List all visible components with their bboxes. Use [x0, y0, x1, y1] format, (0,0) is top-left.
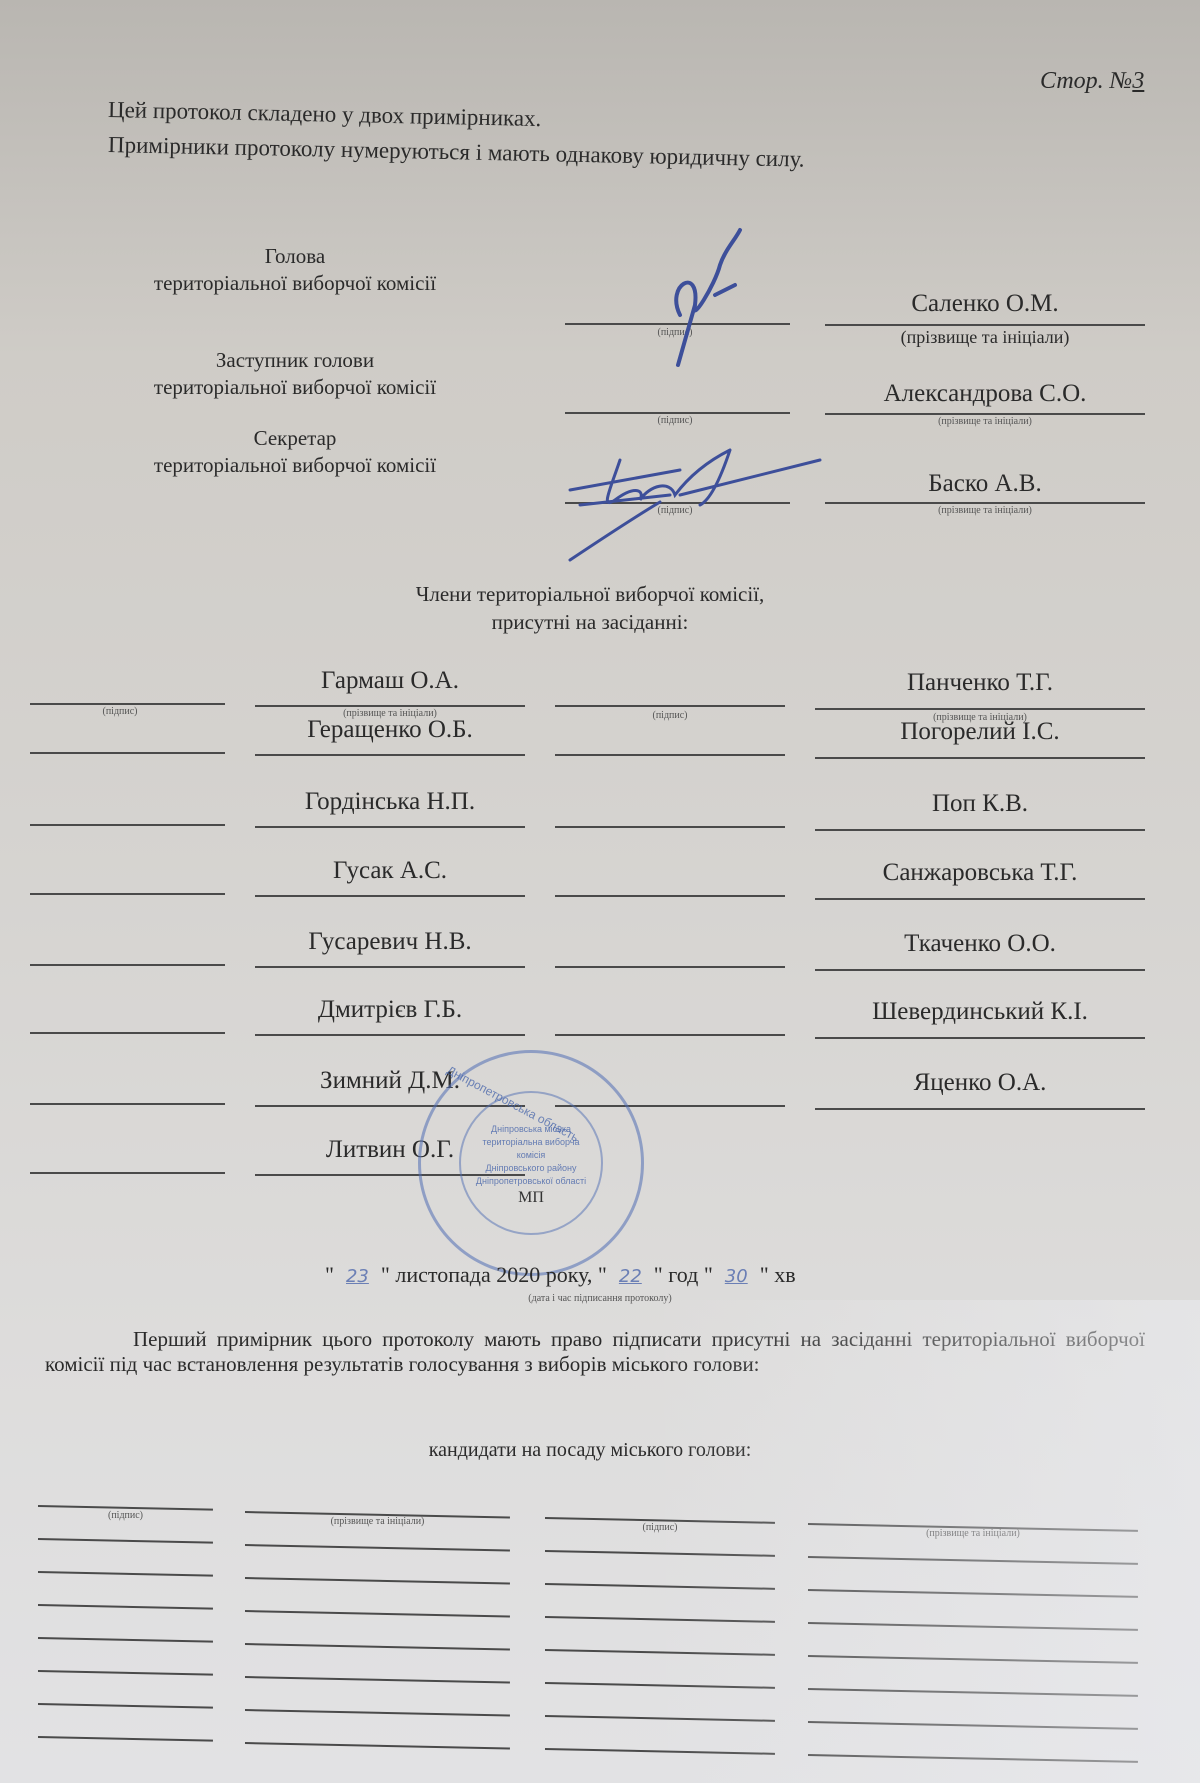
intro-line-2: Примірники протоколу нумеруються і мають…: [108, 132, 805, 173]
candidate-signature-line: [38, 1604, 213, 1610]
members-title: Члени територіальної виборчої комісії, п…: [0, 580, 1180, 636]
candidate-signature-line: [38, 1670, 213, 1676]
member-signature-line: [555, 895, 785, 897]
candidate-name-line: [245, 1676, 510, 1684]
name-caption: (прізвище та ініціали): [825, 416, 1145, 427]
member-name: Ткаченко О.О.: [815, 930, 1145, 958]
candidate-signature-line: [38, 1571, 213, 1577]
members-title-line-1: Члени територіальної виборчої комісії,: [0, 580, 1180, 608]
candidate-signature-line: [545, 1748, 775, 1755]
role-secretary: Секретар територіальної виборчої комісії: [105, 425, 485, 479]
member-name-line: [815, 1108, 1145, 1110]
member-name-line: [255, 754, 525, 756]
members-title-line-2: присутні на засіданні:: [0, 608, 1180, 636]
member-name-line: [255, 1034, 525, 1036]
member-name: Гордінська Н.П.: [255, 788, 525, 816]
member-signature-line: [555, 966, 785, 968]
signing-month-year: листопада 2020 року,: [395, 1262, 592, 1287]
member-name: Погорелий І.С.: [815, 718, 1145, 746]
official-name-chair: Саленко О.М.: [825, 290, 1145, 318]
candidate-name-line: [245, 1577, 510, 1585]
name-caption: (прізвище та ініціали): [825, 327, 1145, 348]
member-signature-line: [30, 1172, 225, 1174]
member-name: Шевердинський К.І.: [815, 998, 1145, 1026]
name-caption: (прізвище та ініціали): [808, 1528, 1138, 1539]
member-signature-line: [30, 893, 225, 895]
signing-day: 23: [334, 1266, 381, 1287]
signature-chair: [660, 225, 770, 375]
role-chair: Голова територіальної виборчої комісії: [105, 243, 485, 297]
role-subtitle: територіальної виборчої комісії: [105, 452, 485, 479]
candidate-name-line: [245, 1544, 510, 1552]
role-title: Голова: [105, 243, 485, 270]
candidate-signature-line: [38, 1703, 213, 1709]
first-copy-text: Перший примірник цього протоколу мають п…: [45, 1327, 1145, 1376]
role-subtitle: територіальної виборчої комісії: [105, 270, 485, 297]
official-name-deputy-chair: Александрова С.О.: [825, 380, 1145, 408]
member-signature-line: [30, 752, 225, 754]
candidate-signature-line: [545, 1550, 775, 1557]
member-name: Дмитрієв Г.Б.: [255, 996, 525, 1024]
member-name-line: [815, 757, 1145, 759]
stamp-inner-circle: Дніпровська міська територіальна виборча…: [459, 1091, 603, 1235]
signature-caption: (підпис): [80, 706, 160, 717]
stamp-line: Дніпровського району: [475, 1162, 587, 1175]
member-name-line: [815, 708, 1145, 710]
member-name: Гусаревич Н.В.: [255, 928, 525, 956]
member-name: Панченко Т.Г.: [815, 669, 1145, 697]
stamp-mp-label: МП: [461, 1189, 601, 1207]
signing-caption: (дата і час підписання протоколу): [420, 1293, 780, 1304]
member-name: Гармаш О.А.: [255, 667, 525, 695]
candidate-name-line: [808, 1589, 1138, 1598]
signing-hour: 22: [607, 1266, 654, 1287]
candidate-signature-line: [545, 1616, 775, 1623]
candidate-signature-line: [38, 1538, 213, 1544]
candidate-name-line: [245, 1610, 510, 1618]
role-title: Секретар: [105, 425, 485, 452]
member-name-line: [815, 829, 1145, 831]
member-signature-line: [555, 754, 785, 756]
candidate-name-line: [808, 1655, 1138, 1664]
candidate-name-line: [245, 1643, 510, 1651]
member-signature-line: [30, 1032, 225, 1034]
member-name-line: [255, 826, 525, 828]
stamp-center-text: Дніпровська міська територіальна виборча…: [475, 1123, 587, 1188]
page-number-prefix: Стор. №: [1040, 68, 1132, 94]
candidate-signature-line: [545, 1682, 775, 1689]
candidate-name-line: [808, 1754, 1138, 1763]
candidates-title: кандидати на посаду міського голови:: [0, 1436, 1180, 1464]
member-name-line: [255, 966, 525, 968]
candidate-signature-line: [38, 1736, 213, 1742]
member-signature-line: [30, 1103, 225, 1105]
hour-label: год: [668, 1262, 698, 1287]
role-title: Заступник голови: [105, 347, 485, 374]
protocol-page: Стор. №3 Цей протокол складено у двох пр…: [0, 0, 1200, 1783]
member-name-line: [815, 898, 1145, 900]
member-name-line: [255, 705, 525, 707]
member-name: Яценко О.А.: [815, 1069, 1145, 1097]
member-signature-line: [555, 826, 785, 828]
stamp-line: Дніпровська міська: [475, 1123, 587, 1136]
member-name-line: [255, 895, 525, 897]
signing-datetime: "23" листопада 2020 року, "22" год "30" …: [325, 1262, 796, 1288]
name-line: [825, 324, 1145, 326]
candidate-signature-line: [545, 1649, 775, 1656]
name-caption: (прізвище та ініціали): [825, 505, 1145, 516]
candidate-name-line: [245, 1742, 510, 1750]
candidate-name-line: [245, 1709, 510, 1717]
candidate-name-line: [808, 1622, 1138, 1631]
member-signature-line: [555, 705, 785, 707]
candidate-signature-line: [545, 1583, 775, 1590]
name-line: [825, 413, 1145, 415]
candidate-signature-line: [38, 1637, 213, 1643]
page-number: Стор. №3: [1040, 68, 1144, 95]
member-signature-line: [555, 1034, 785, 1036]
signature-secretary: [560, 440, 840, 560]
candidate-signature-line: [545, 1715, 775, 1722]
signature-caption: (підпис): [645, 415, 705, 426]
candidate-name-line: [808, 1556, 1138, 1565]
member-signature-line: [30, 824, 225, 826]
role-deputy-chair: Заступник голови територіальної виборчої…: [105, 347, 485, 401]
stamp-line: Дніпропетровської області: [475, 1175, 587, 1188]
signature-caption: (підпис): [620, 710, 720, 721]
official-stamp: Дніпропетровська область Дніпровська міс…: [418, 1050, 644, 1276]
signature-line: [565, 412, 790, 414]
page-number-value: 3: [1132, 68, 1144, 94]
candidate-name-line: [808, 1688, 1138, 1697]
minute-label: хв: [774, 1262, 795, 1287]
member-name: Санжаровська Т.Г.: [815, 859, 1145, 887]
name-line: [825, 502, 1145, 504]
member-name: Геращенко О.Б.: [255, 716, 525, 744]
signature-caption: (підпис): [38, 1510, 213, 1521]
member-name-line: [815, 1037, 1145, 1039]
member-name: Поп К.В.: [815, 790, 1145, 818]
member-signature-line: [30, 703, 225, 705]
name-caption: (прізвище та ініціали): [245, 1516, 510, 1527]
stamp-line: територіальна виборча комісія: [475, 1136, 587, 1162]
signing-minute: 30: [713, 1266, 760, 1287]
member-name-line: [815, 969, 1145, 971]
first-copy-paragraph: Перший примірник цього протоколу мають п…: [45, 1327, 1145, 1377]
member-signature-line: [30, 964, 225, 966]
candidate-name-line: [808, 1721, 1138, 1730]
signature-caption: (підпис): [545, 1522, 775, 1533]
official-name-secretary: Баско А.В.: [825, 470, 1145, 498]
intro-line-1: Цей протокол складено у двох примірниках…: [108, 97, 542, 132]
role-subtitle: територіальної виборчої комісії: [105, 374, 485, 401]
member-name: Гусак А.С.: [255, 857, 525, 885]
